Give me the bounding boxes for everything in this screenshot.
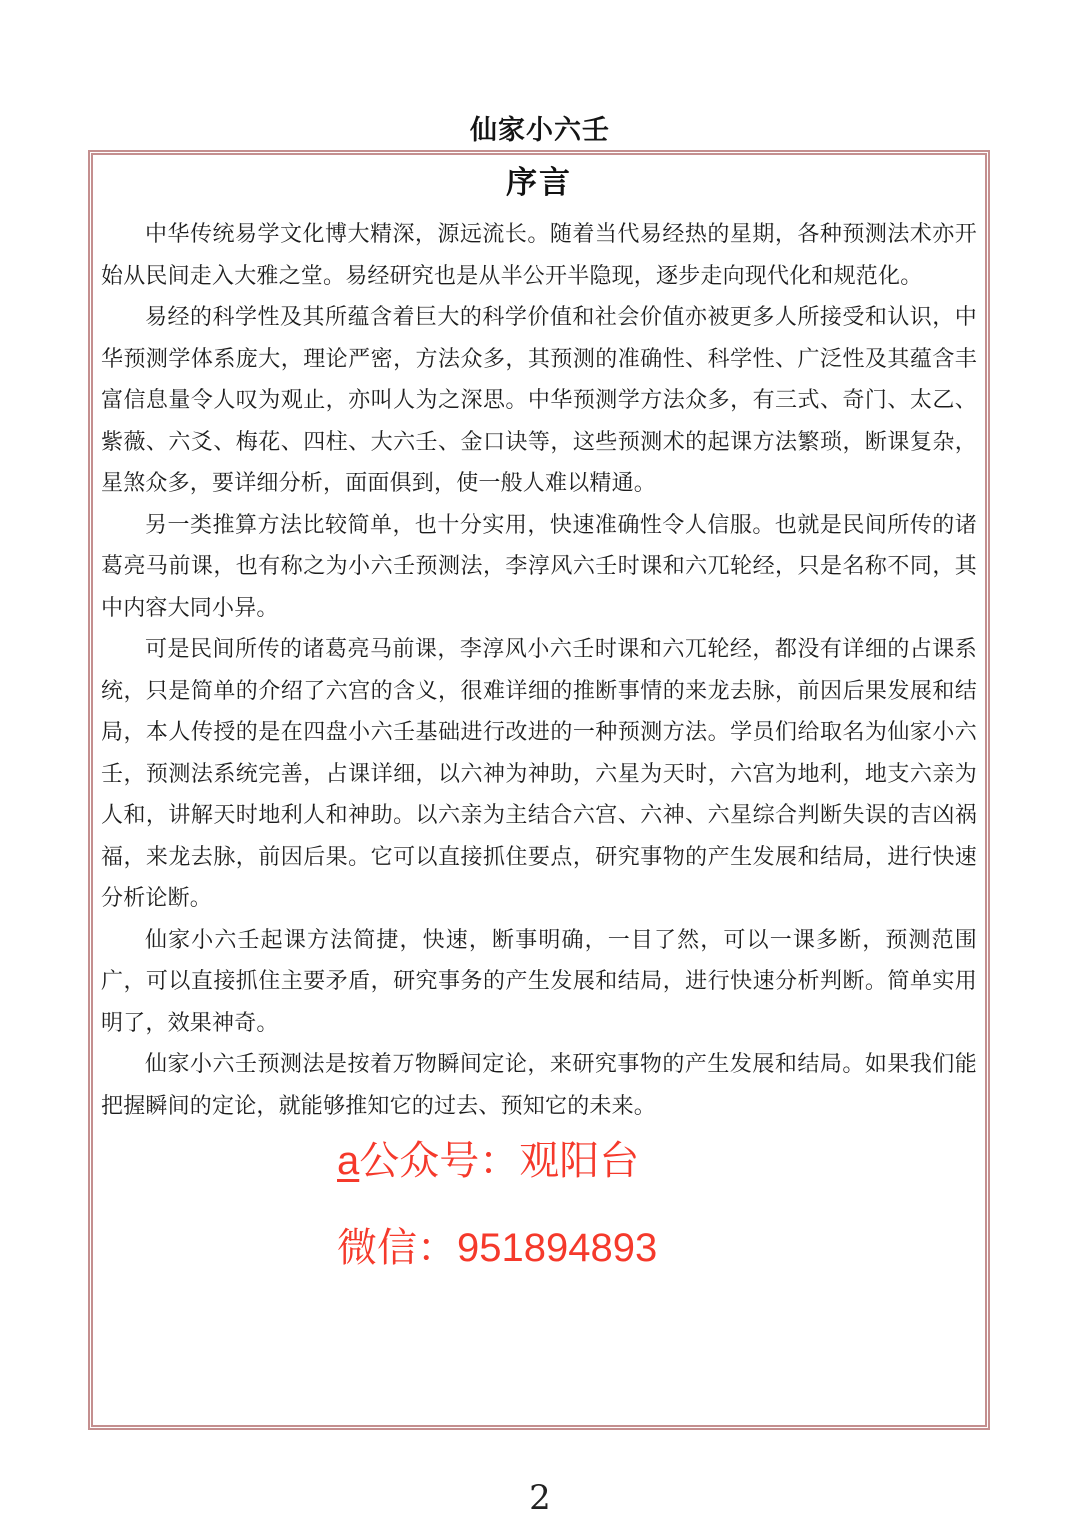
section-heading: 序言 xyxy=(101,163,977,203)
document-page: 仙家小六壬 序言 中华传统易学文化博大精深，源远流长。随着当代易经热的星期，各种… xyxy=(0,0,1080,1528)
page-number: 2 xyxy=(0,1478,1080,1518)
paragraph-3: 另一类推算方法比较简单，也十分实用，快速准确性令人信服。也就是民间所传的诸葛亮马… xyxy=(101,504,977,629)
paragraph-5: 仙家小六壬起课方法简捷，快速，断事明确，一目了然，可以一课多断，预测范围广，可以… xyxy=(101,919,977,1044)
paragraph-6: 仙家小六壬预测法是按着万物瞬间定论，来研究事物的产生发展和结局。如果我们能把握瞬… xyxy=(101,1043,977,1126)
document-title: 仙家小六壬 xyxy=(0,108,1080,147)
paragraph-4: 可是民间所传的诸葛亮马前课，李淳风小六壬时课和六兀轮经，都没有详细的占课系统，只… xyxy=(101,628,977,919)
watermark-underlined-a: a xyxy=(337,1139,359,1183)
watermark-wechat-line: 微信：951894893 xyxy=(337,1225,657,1271)
watermark-block: a公众号：观阳台 微信：951894893 xyxy=(337,1138,657,1271)
paragraph-1: 中华传统易学文化博大精深，源远流长。随着当代易经热的星期，各种预测法术亦开始从民… xyxy=(101,213,977,296)
watermark-account-line: a公众号：观阳台 xyxy=(337,1138,657,1184)
watermark-account-text: 公众号：观阳台 xyxy=(359,1139,639,1183)
paragraph-2: 易经的科学性及其所蕴含着巨大的科学价值和社会价值亦被更多人所接受和认识，中华预测… xyxy=(101,296,977,504)
